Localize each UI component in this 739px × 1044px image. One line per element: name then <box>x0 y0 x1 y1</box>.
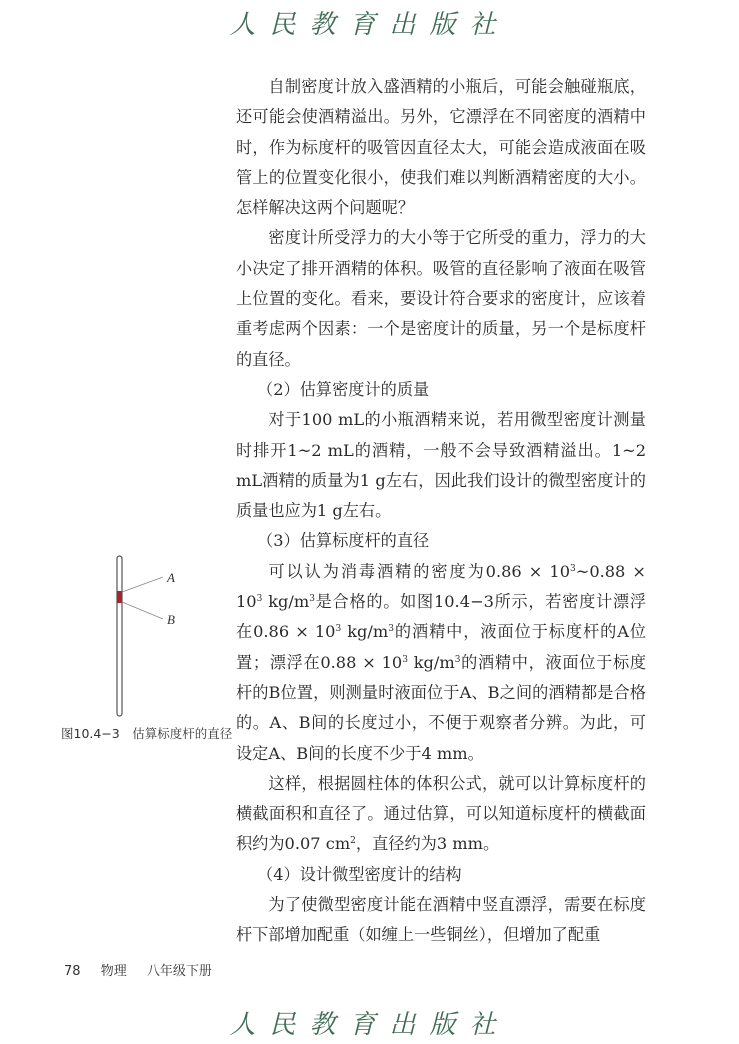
figure-caption: 图10.4−3 估算标度杆的直径 <box>61 724 232 742</box>
paragraph: 对于100 mL的小瓶酒精来说，若用微型密度计测量时排开1~2 mL的酒精，一般… <box>236 405 646 526</box>
leader-line-a <box>122 577 163 592</box>
publisher-logo-top: 人民教育出版社 <box>0 4 739 41</box>
scale-rod-diagram: A B <box>60 552 235 722</box>
page-number: 78 <box>64 964 81 979</box>
label-b: B <box>167 612 175 627</box>
label-a: A <box>166 570 175 585</box>
book-title: 八年级下册 <box>147 964 212 979</box>
subject: 物理 <box>101 964 127 979</box>
body-text: 自制密度计放入盛酒精的小瓶后，可能会触碰瓶底，还可能会使酒精溢出。另外，它漂浮在… <box>236 72 646 951</box>
figure-scale-rod: A B <box>60 552 235 752</box>
paragraph: 为了使微型密度计能在酒精中竖直漂浮，需要在标度杆下部增加配重（如缠上一些铜丝），… <box>236 890 646 951</box>
publisher-logo-bottom: 人民教育出版社 <box>0 1004 739 1041</box>
paragraph: 自制密度计放入盛酒精的小瓶后，可能会触碰瓶底，还可能会使酒精溢出。另外，它漂浮在… <box>236 72 646 223</box>
leader-line-b <box>122 602 163 619</box>
scale-rod <box>117 556 122 716</box>
paragraph: 密度计所受浮力的大小等于它所受的重力，浮力的大小决定了排开酒精的体积。吸管的直径… <box>236 223 646 374</box>
section-heading: （4）设计微型密度计的结构 <box>236 860 646 890</box>
ab-marker <box>117 591 122 603</box>
paragraph-area: 这样，根据圆柱体的体积公式，就可以计算标度杆的横截面积和直径了。通过估算，可以知… <box>236 769 646 860</box>
section-heading: （3）估算标度杆的直径 <box>236 526 646 556</box>
page-footer: 78 物理 八年级下册 <box>64 960 228 979</box>
section-heading: （2）估算密度计的质量 <box>236 375 646 405</box>
paragraph-density: 可以认为消毒酒精的密度为0.86 × 103~0.88 × 103 kg/m3是… <box>236 557 646 769</box>
